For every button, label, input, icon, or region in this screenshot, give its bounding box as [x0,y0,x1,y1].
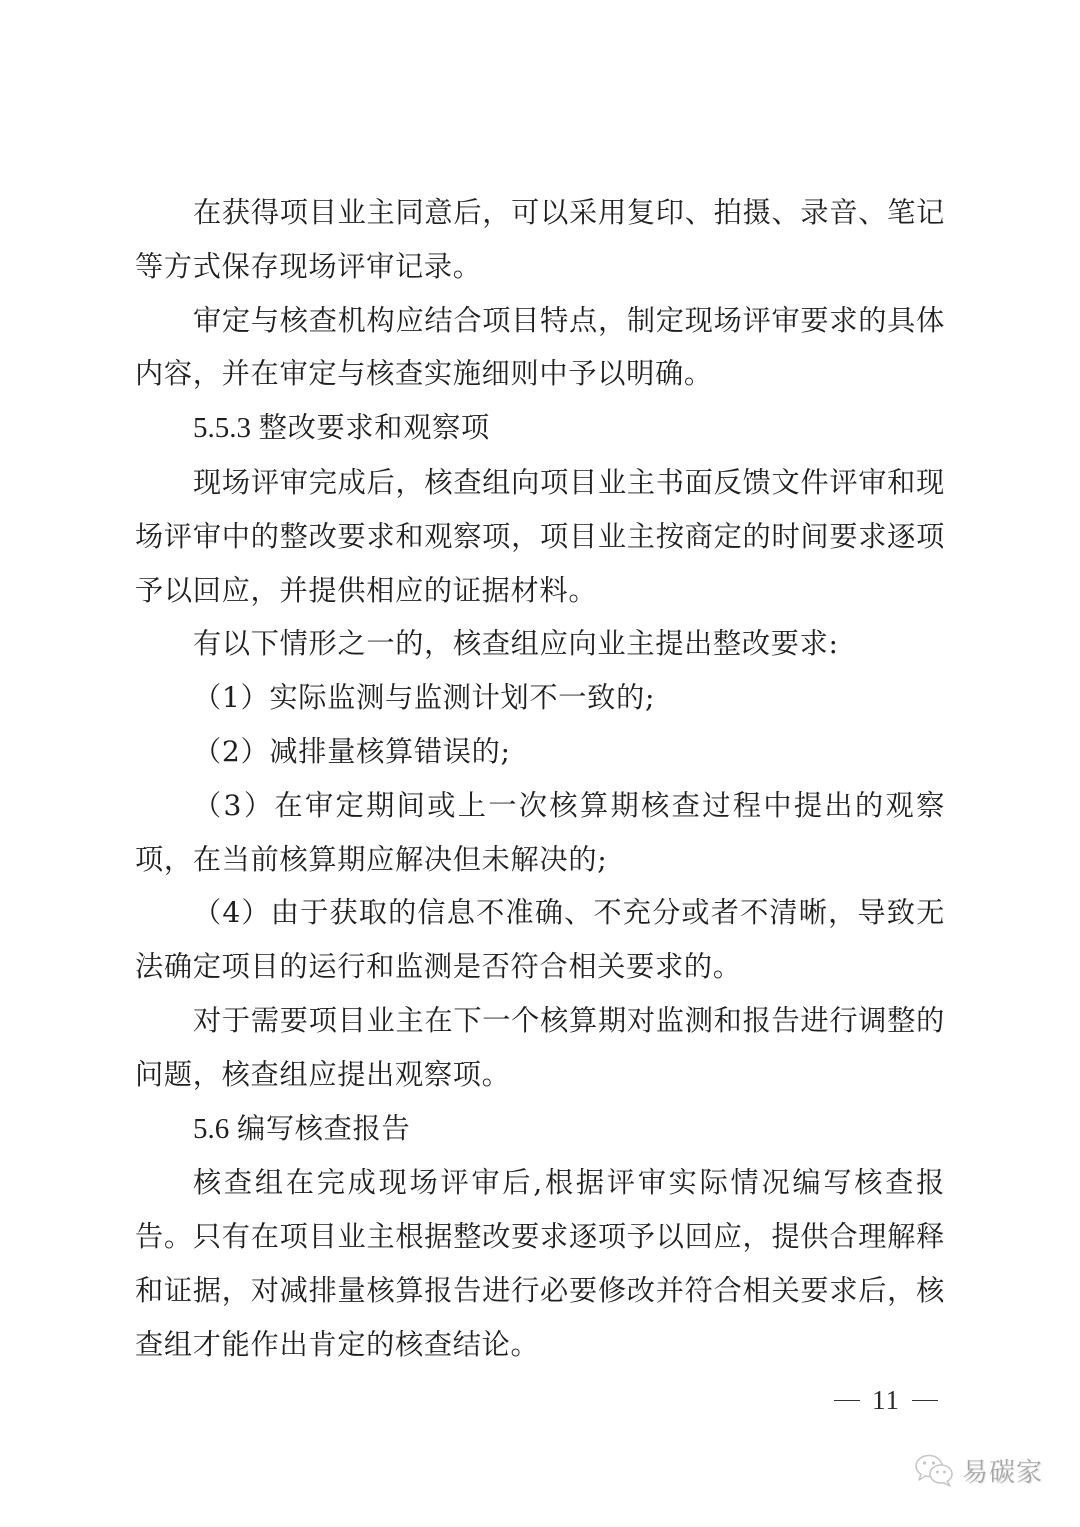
section-title: 编写核查报告 [237,1112,410,1145]
section-heading-5-6: 5.6 编写核查报告 [135,1102,945,1157]
paragraph-record-keeping: 在获得项目业主同意后，可以采用复印、拍摄、录音、笔记等方式保存现场评审记录。 [135,186,945,294]
dash-right [912,1400,938,1401]
wechat-icon [914,1453,956,1489]
section-number: 5.5.3 [193,412,251,444]
list-marker: （2） [193,735,269,768]
section-heading-5-5-3: 5.5.3 整改要求和观察项 [135,401,945,456]
document-page: 在获得项目业主同意后，可以采用复印、拍摄、录音、笔记等方式保存现场评审记录。 审… [135,186,945,1372]
list-item-1: （1）实际监测与监测计划不一致的; [135,671,945,725]
page-number-value: 11 [872,1385,900,1415]
section-number: 5.6 [193,1113,229,1145]
list-text: 实际监测与监测计划不一致的; [269,681,655,714]
paragraph-report-writing: 核查组在完成现场评审后,根据评审实际情况编写核查报告。只有在项目业主根据整改要求… [135,1156,945,1371]
list-text: 减排量核算错误的; [269,735,510,768]
watermark-text: 易碳家 [962,1452,1043,1489]
list-item-2: （2）减排量核算错误的; [135,725,945,779]
paragraph-review-requirements: 审定与核查机构应结合项目特点，制定现场评审要求的具体内容，并在审定与核查实施细则… [135,294,945,402]
list-marker: （1） [193,681,269,714]
dash-left [834,1400,860,1401]
page-number: 11 [822,1385,950,1416]
paragraph-observations: 对于需要项目业主在下一个核算期对监测和报告进行调整的问题，核查组应提出观察项。 [135,994,945,1102]
paragraph-feedback: 现场评审完成后，核查组向项目业主书面反馈文件评审和现场评审中的整改要求和观察项，… [135,456,945,617]
list-item-3: （3）在审定期间或上一次核算期核查过程中提出的观察项，在当前核算期应解决但未解决… [135,779,945,887]
list-marker: （4） [193,896,271,929]
list-item-4: （4）由于获取的信息不准确、不充分或者不清晰，导致无法确定项目的运行和监测是否符… [135,886,945,994]
list-marker: （3） [193,789,274,822]
section-title: 整改要求和观察项 [259,411,490,444]
paragraph-conditions-intro: 有以下情形之一的，核查组应向业主提出整改要求: [135,617,945,671]
watermark: 易碳家 [914,1452,1043,1489]
